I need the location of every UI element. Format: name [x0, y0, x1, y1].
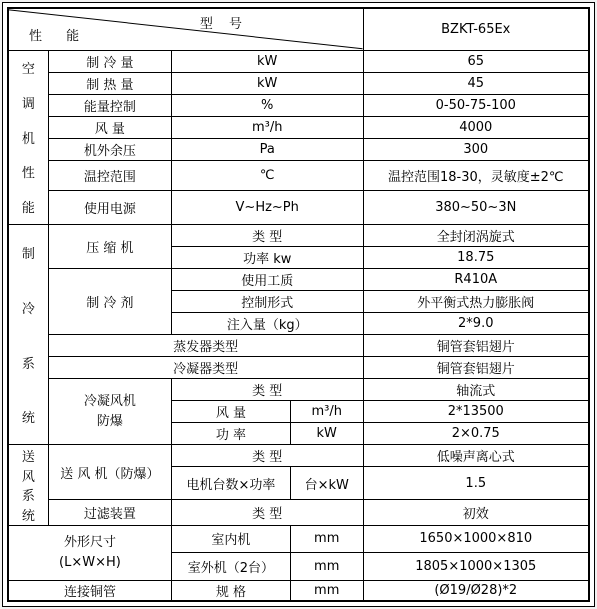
filter-name: 过滤装置 [48, 499, 171, 525]
condenser-fan-airflow-value: 2*13500 [363, 401, 589, 423]
header-perf-label: 性 能 [29, 25, 89, 44]
refrigerant-control-value: 外平衡式热力膨胀阀 [363, 291, 589, 313]
row-heating-capacity-name: 制 热 量 [48, 72, 171, 94]
refrigerant-charge-label: 注入量（kg） [171, 313, 363, 335]
connecting-pipe-name: 连接铜管 [8, 580, 171, 601]
row-cooling-capacity-name: 制 冷 量 [48, 50, 171, 72]
spec-table: 型 号 性 能 BZKT-65Ex 空调机性能 制 冷 量 kW 65 制 热 … [7, 7, 590, 602]
row-power-supply-value: 380~50~3N [363, 190, 589, 224]
condenser-fan-power-label: 功 率 [171, 423, 290, 445]
evaporator-type-value: 铜管套铝翅片 [363, 335, 589, 357]
row-energy-control-name: 能量控制 [48, 94, 171, 116]
category-ac-performance-label: 空调机性能 [9, 51, 48, 224]
condenser-type-value: 铜管套铝翅片 [363, 357, 589, 379]
row-energy-control-value: 0-50-75-100 [363, 94, 589, 116]
row-temp-range-value: 温控范围18-30，灵敏度±2℃ [363, 160, 589, 190]
header-model-label: 型 号 [200, 13, 248, 32]
row-air-volume-unit: m³/h [171, 116, 363, 138]
category-air-supply-system-label: 送风系统 [9, 445, 48, 524]
compressor-power-value: 18.75 [363, 247, 589, 269]
outdoor-unit-label: 室外机（2台） [171, 552, 290, 580]
supply-fan-type-value: 低噪声离心式 [363, 445, 589, 467]
row-external-pressure-name: 机外余压 [48, 138, 171, 160]
dimensions-name-line2: (L×W×H) [11, 553, 169, 573]
row-cooling-capacity-value: 65 [363, 50, 589, 72]
row-power-supply-name: 使用电源 [48, 190, 171, 224]
category-air-supply-system: 送风系统 [8, 445, 48, 525]
condenser-fan-airflow-label: 风 量 [171, 401, 290, 423]
compressor-name: 压 缩 机 [48, 224, 171, 268]
supply-fan-name: 送 风 机（防爆） [48, 445, 171, 499]
dimensions-name-line1: 外形尺寸 [11, 533, 169, 553]
category-refrigeration-system-label: 制冷系统 [9, 225, 48, 444]
compressor-type-value: 全封闭涡旋式 [363, 224, 589, 246]
outdoor-unit-unit: mm [290, 552, 363, 580]
row-heating-capacity-value: 45 [363, 72, 589, 94]
row-air-volume-name: 风 量 [48, 116, 171, 138]
refrigerant-medium-label: 使用工质 [171, 269, 363, 291]
compressor-power-label: 功率 kw [171, 247, 363, 269]
compressor-type-label: 类 型 [171, 224, 363, 246]
row-air-volume-value: 4000 [363, 116, 589, 138]
indoor-unit-unit: mm [290, 525, 363, 552]
supply-fan-motor-label: 电机台数×功率 [171, 467, 290, 499]
condenser-fan-airflow-unit: m³/h [290, 401, 363, 423]
supply-fan-motor-value: 1.5 [363, 467, 589, 499]
refrigerant-medium-value: R410A [363, 269, 589, 291]
row-temp-range-name: 温控范围 [48, 160, 171, 190]
row-power-supply-unit: V~Hz~Ph [171, 190, 363, 224]
category-refrigeration-system: 制冷系统 [8, 224, 48, 444]
condenser-fan-name: 冷凝风机 防爆 [48, 379, 171, 445]
filter-type-value: 初效 [363, 499, 589, 525]
indoor-unit-value: 1650×1000×810 [363, 525, 589, 552]
row-external-pressure-value: 300 [363, 138, 589, 160]
header-diagonal-cell: 型 号 性 能 [8, 8, 363, 50]
model-value: BZKT-65Ex [363, 8, 589, 50]
table-frame: 型 号 性 能 BZKT-65Ex 空调机性能 制 冷 量 kW 65 制 热 … [2, 2, 595, 607]
condenser-fan-type-label: 类 型 [171, 379, 363, 401]
dimensions-name: 外形尺寸 (L×W×H) [8, 525, 171, 580]
row-temp-range-unit: ℃ [171, 160, 363, 190]
condenser-fan-name-line2: 防爆 [51, 412, 169, 432]
filter-type-label: 类 型 [171, 499, 363, 525]
supply-fan-motor-unit: 台×kW [290, 467, 363, 499]
row-external-pressure-unit: Pa [171, 138, 363, 160]
outdoor-unit-value: 1805×1000×1305 [363, 552, 589, 580]
condenser-fan-type-value: 轴流式 [363, 379, 589, 401]
evaporator-type-label: 蒸发器类型 [48, 335, 363, 357]
condenser-fan-name-line1: 冷凝风机 [51, 392, 169, 412]
condenser-fan-power-value: 2×0.75 [363, 423, 589, 445]
row-cooling-capacity-unit: kW [171, 50, 363, 72]
supply-fan-type-label: 类 型 [171, 445, 363, 467]
row-energy-control-unit: % [171, 94, 363, 116]
condenser-fan-power-unit: kW [290, 423, 363, 445]
refrigerant-control-label: 控制形式 [171, 291, 363, 313]
refrigerant-charge-value: 2*9.0 [363, 313, 589, 335]
connecting-pipe-spec-label: 规 格 [171, 580, 290, 601]
connecting-pipe-unit: mm [290, 580, 363, 601]
row-heating-capacity-unit: kW [171, 72, 363, 94]
refrigerant-name: 制 冷 剂 [48, 269, 171, 335]
indoor-unit-label: 室内机 [171, 525, 290, 552]
connecting-pipe-value: (Ø19/Ø28)*2 [363, 580, 589, 601]
category-ac-performance: 空调机性能 [8, 50, 48, 224]
condenser-type-label: 冷凝器类型 [48, 357, 363, 379]
